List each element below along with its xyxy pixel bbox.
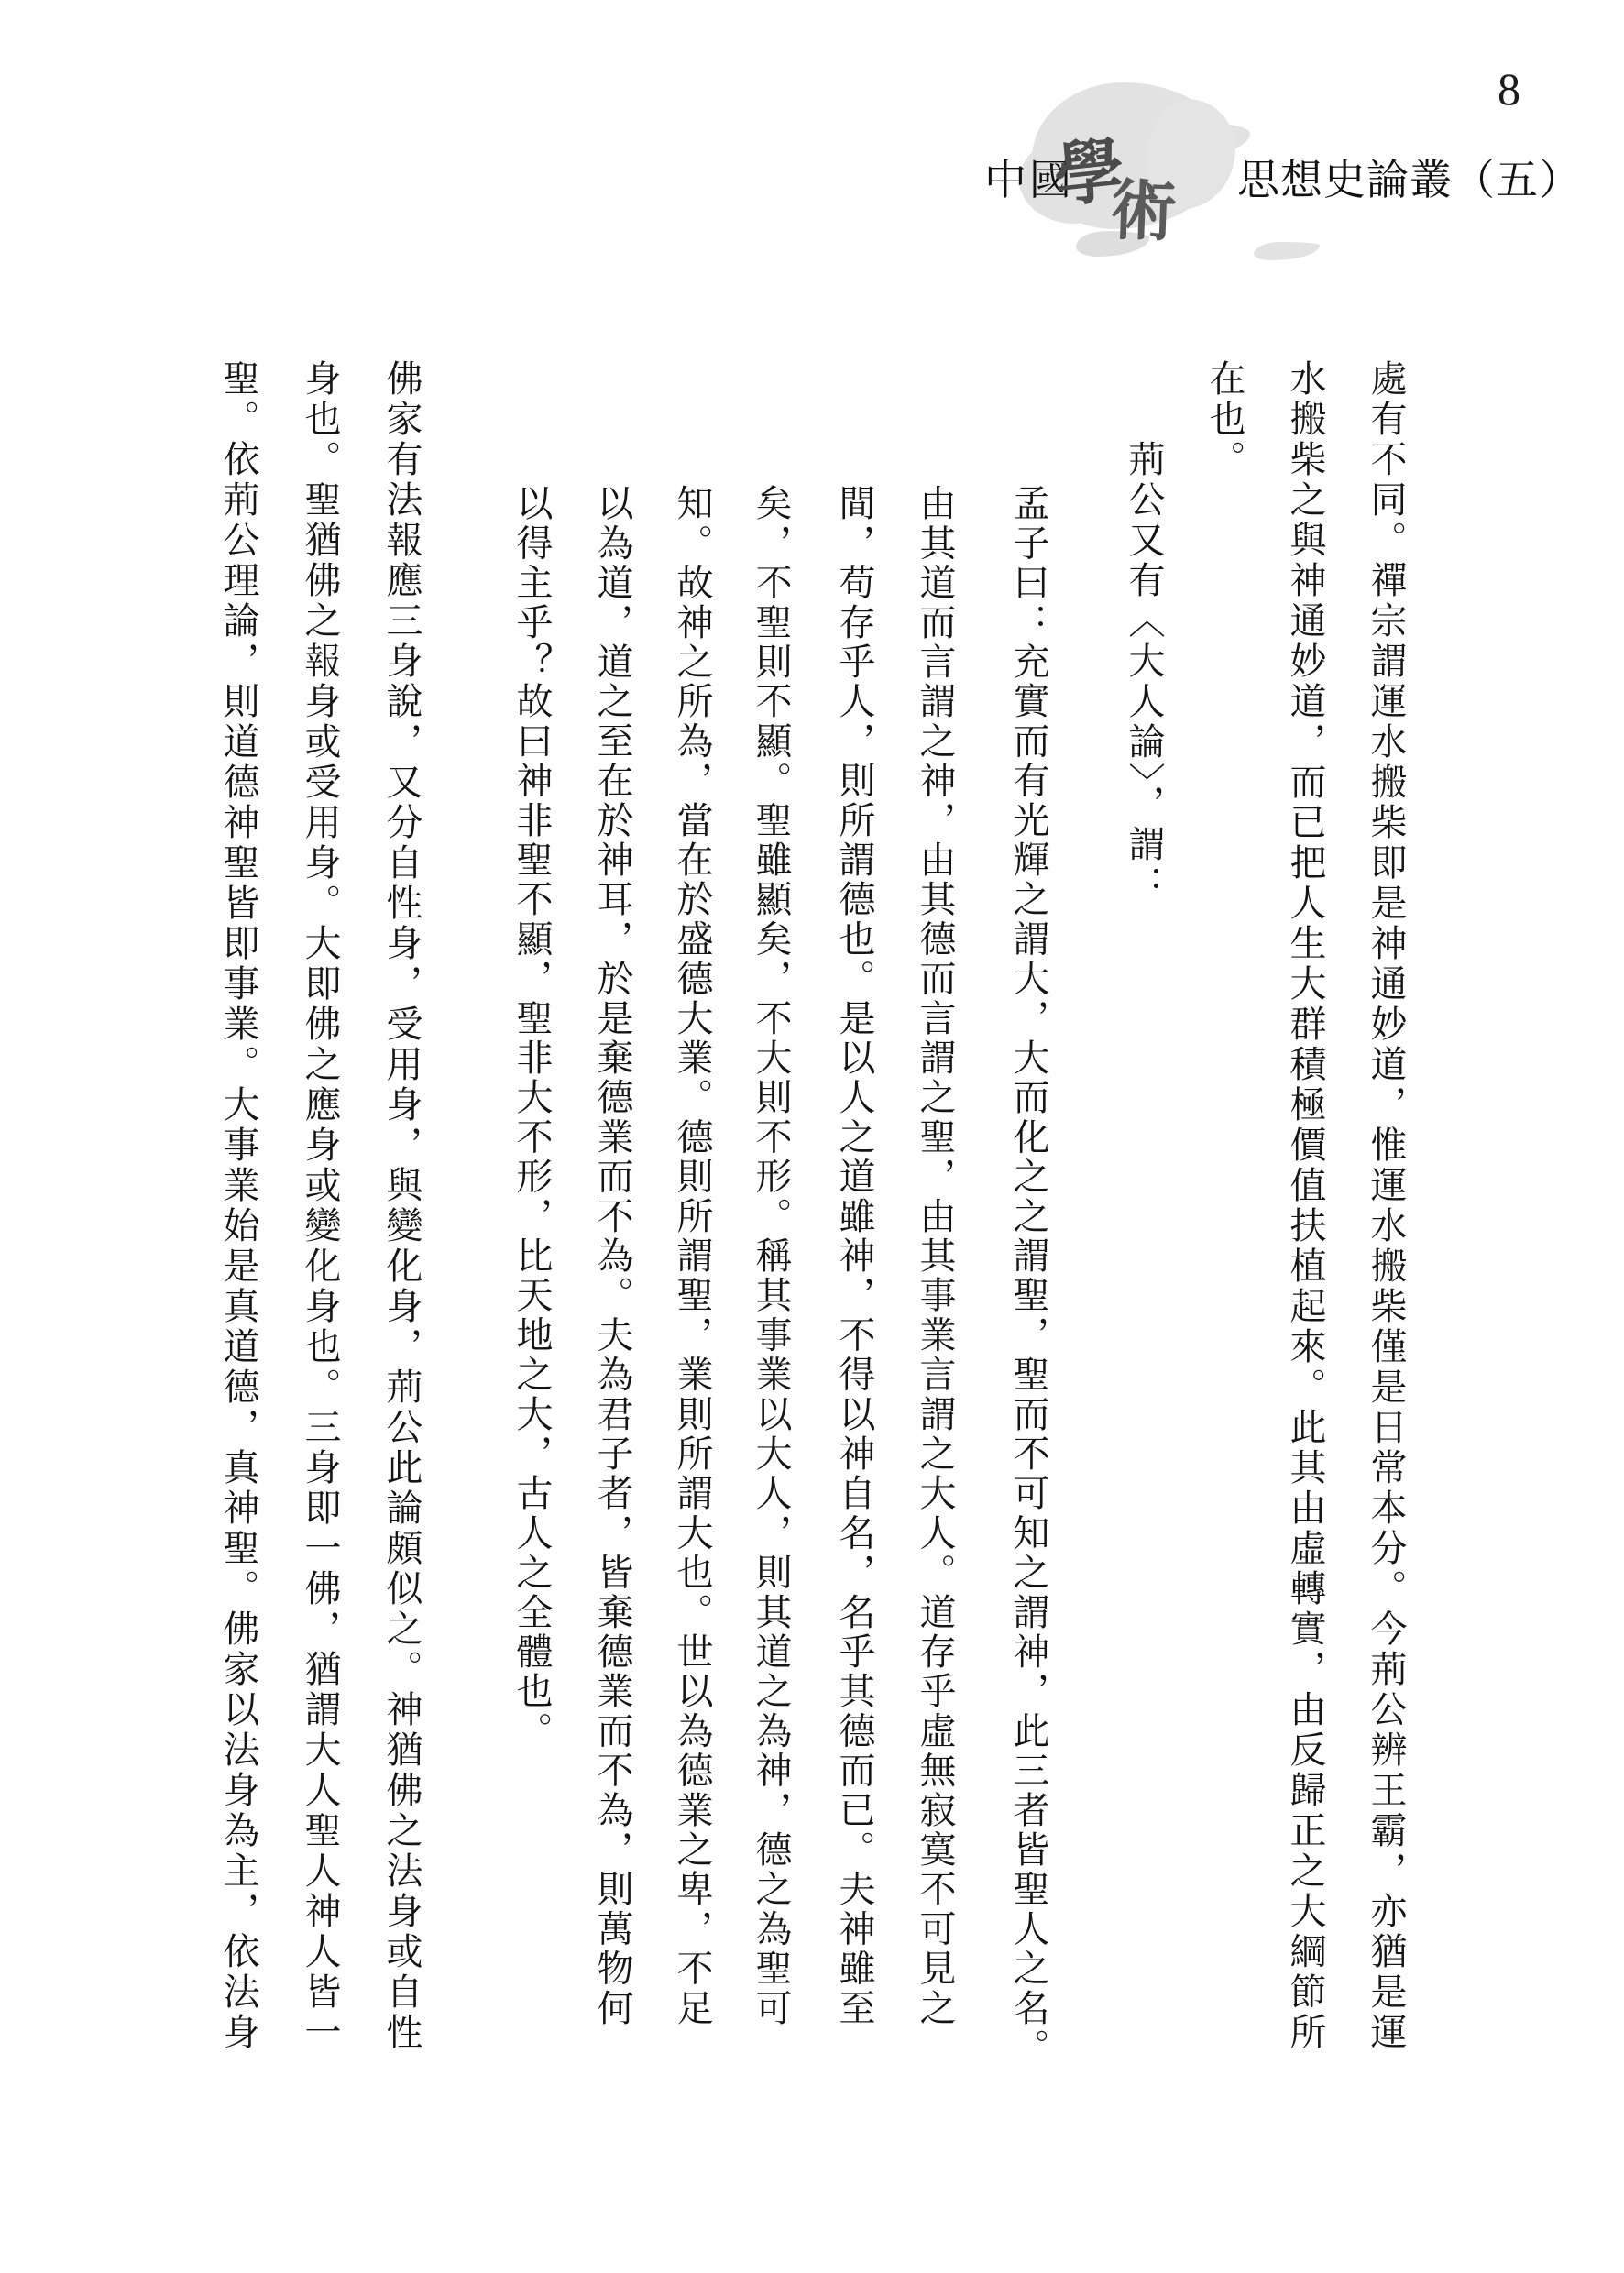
text-column-14: 聖。依荊公理論，則道德神聖皆即事業。大事業始是真道德，真神聖。佛家以法身為主，依… [198, 359, 279, 2119]
book-page: 8 中國 學 術 思想史論叢（五） 處有不同。禪宗謂運水搬柴即是神通妙道，惟運水… [0, 0, 1624, 2273]
text-column-7: 間，苟存乎人，則所謂德也。是以人之道雖神，不得以神自名，名乎其德而已。夫神雖至 [814, 359, 894, 2119]
text-column-8: 矣，不聖則不顯。聖雖顯矣，不大則不形。稱其事業以大人，則其道之為神，德之為聖可 [730, 359, 811, 2119]
text-column-10: 以為道，道之至在於神耳，於是棄德業而不為。夫為君子者，皆棄德業而不為，則萬物何 [572, 359, 653, 2119]
text-column-3: 在也。 [1184, 359, 1265, 2119]
text-column-13: 身也。聖猶佛之報身或受用身。大即佛之應身或變化身也。三身即一佛，猶謂大人聖人神人… [280, 359, 360, 2119]
logo-char-shu: 術 [1109, 157, 1179, 254]
text-column-5: 孟子曰：充實而有光輝之謂大，大而化之之謂聖，聖而不可知之謂神，此三者皆聖人之名。 [988, 359, 1069, 2119]
text-column-6: 由其道而言謂之神，由其德而言謂之聖，由其事業言謂之大人。道存乎虛無寂寞不可見之 [894, 359, 975, 2119]
title-suffix: 思想史論叢（五） [1237, 147, 1582, 207]
text-column-4: 荊公又有〈大人論〉，謂： [1103, 359, 1184, 2119]
page-number: 8 [1498, 62, 1520, 115]
text-column-12: 佛家有法報應三身說，又分自性身，受用身，與變化身，荊公此論頗似之。神猶佛之法身或… [361, 359, 442, 2119]
text-column-9: 知。故神之所為，當在於盛德大業。德則所謂聖，業則所謂大也。世以為德業之卑，不足 [652, 359, 732, 2119]
text-column-11: 以得主乎？故曰神非聖不顯，聖非大不形，比天地之大，古人之全體也。 [491, 359, 572, 2119]
text-column-1: 處有不同。禪宗謂運水搬柴即是神通妙道，惟運水搬柴僅是日常本分。今荊公辨王霸，亦猶… [1345, 359, 1426, 2119]
text-column-2: 水搬柴之與神通妙道，而已把人生大群積極價值扶植起來。此其由虛轉實，由反歸正之大綱… [1265, 359, 1345, 2119]
